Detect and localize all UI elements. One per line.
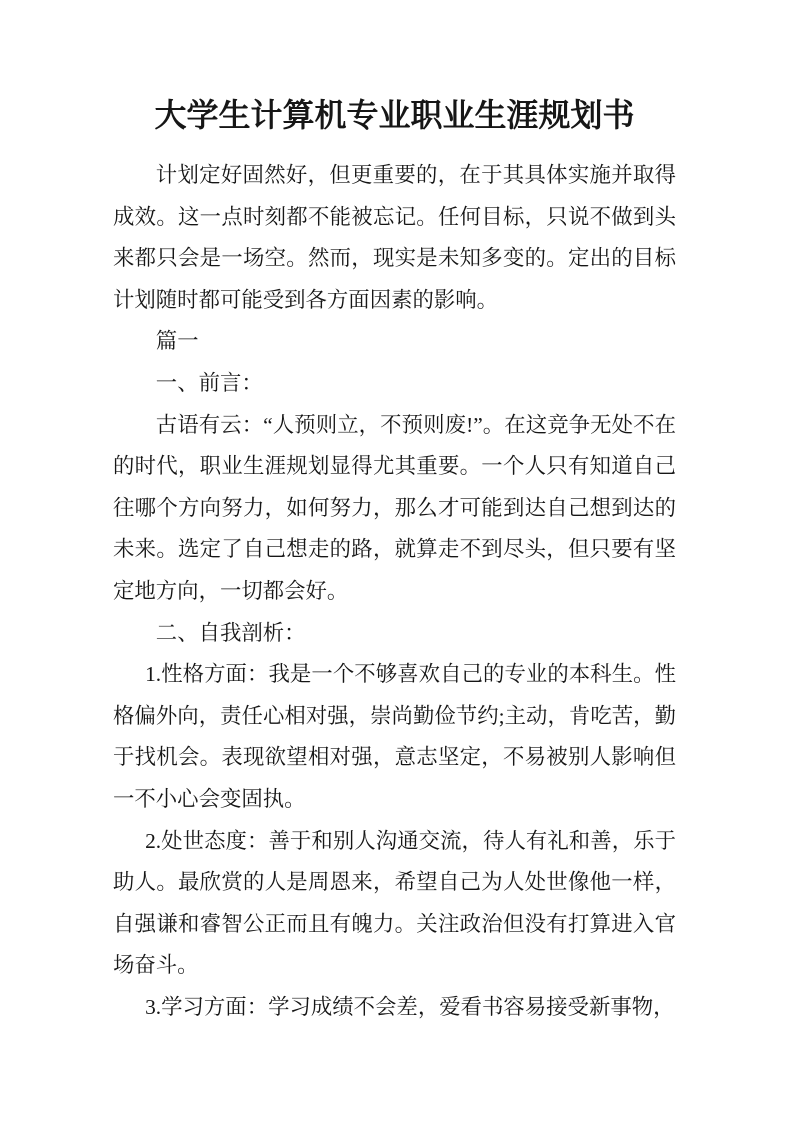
- document-title: 大学生计算机专业职业生涯规划书: [113, 93, 676, 137]
- document-body: 计划定好固然好，但更重要的，在于其具体实施并取得成效。这一点时刻都不能被忘记。任…: [113, 155, 676, 1028]
- document-page: 大学生计算机专业职业生涯规划书 计划定好固然好，但更重要的，在于其具体实施并取得…: [0, 0, 793, 1122]
- paragraph-intro: 计划定好固然好，但更重要的，在于其具体实施并取得成效。这一点时刻都不能被忘记。任…: [113, 155, 676, 321]
- paragraph-part-label: 篇一: [113, 321, 676, 363]
- paragraph-section-1-heading: 一、前言：: [113, 363, 676, 405]
- paragraph-item-2-attitude: 2.处世态度：善于和别人沟通交流，待人有礼和善，乐于助人。最欣赏的人是周恩来，希…: [113, 821, 676, 987]
- paragraph-item-1-personality: 1.性格方面：我是一个不够喜欢自己的专业的本科生。性格偏外向，责任心相对强，崇尚…: [113, 654, 676, 820]
- paragraph-section-1-body: 古语有云：“人预则立，不预则废!”。在这竞争无处不在的时代，职业生涯规划显得尤其…: [113, 405, 676, 613]
- paragraph-item-3-study: 3.学习方面：学习成绩不会差，爱看书容易接受新事物，: [113, 987, 676, 1029]
- paragraph-section-2-heading: 二、自我剖析：: [113, 613, 676, 655]
